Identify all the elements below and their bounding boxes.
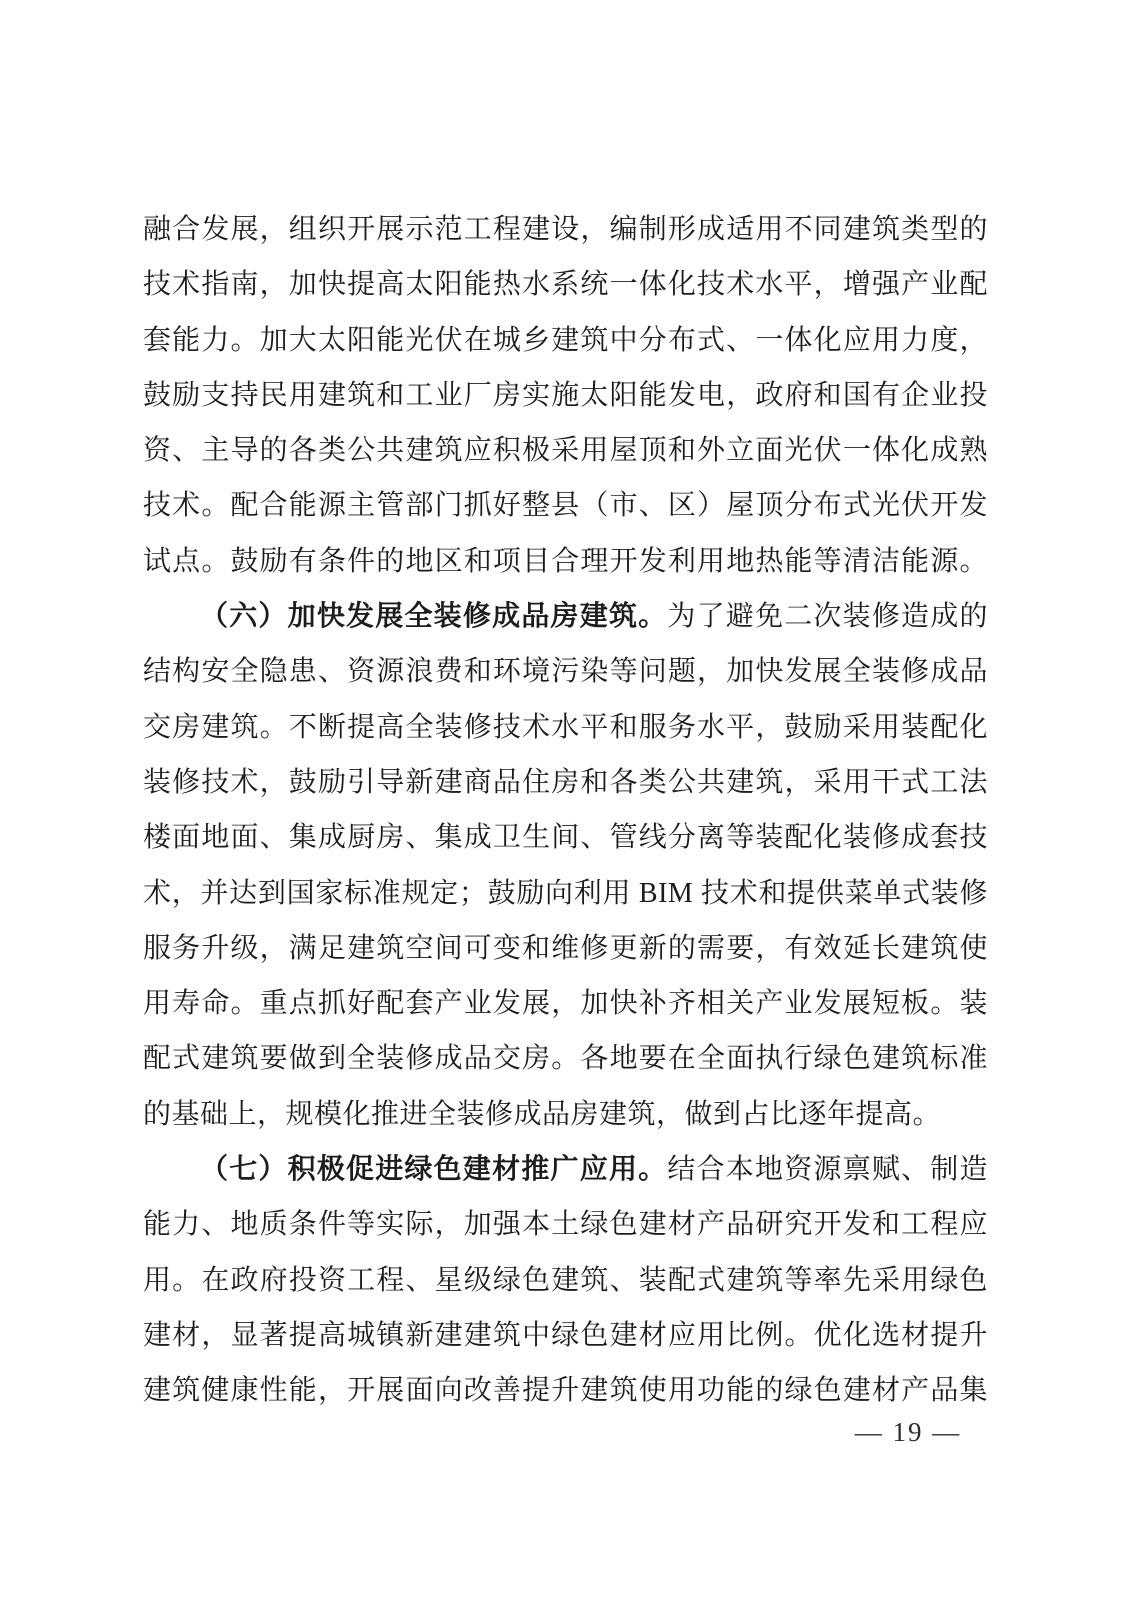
- body-text: 术，并达到国家标准规定；鼓励向利用 BIM 技术和提供菜单式装修: [143, 878, 988, 909]
- section-heading: （六）加快发展全装修成品房建筑。: [200, 601, 667, 632]
- body-line: 技术指南，加快提高太阳能热水系统一体化技术水平，增强产业配: [143, 257, 988, 312]
- body-text: 技术。配合能源主管部门抓好整县（市、区）屋顶分布式光伏开发: [143, 490, 988, 521]
- body-line: 建材，显著提高城镇新建建筑中绿色建材应用比例。优化选材提升: [143, 1308, 988, 1363]
- body-line: 技术。配合能源主管部门抓好整县（市、区）屋顶分布式光伏开发: [143, 478, 988, 533]
- section-heading: （七）积极促进绿色建材推广应用。: [200, 1154, 667, 1185]
- body-text: 能力、地质条件等实际，加强本土绿色建材产品研究开发和工程应: [143, 1209, 988, 1240]
- body-line: 用。在政府投资工程、星级绿色建筑、装配式建筑等率先采用绿色: [143, 1253, 988, 1308]
- body-line: 资、主导的各类公共建筑应积极采用屋顶和外立面光伏一体化成熟: [143, 423, 988, 478]
- body-line: 的基础上，规模化推进全装修成品房建筑，做到占比逐年提高。: [143, 1087, 988, 1142]
- body-text: 用寿命。重点抓好配套产业发展，加快补齐相关产业发展短板。装: [143, 988, 988, 1019]
- body-line: 配式建筑要做到全装修成品交房。各地要在全面执行绿色建筑标准: [143, 1031, 988, 1086]
- body-line: 交房建筑。不断提高全装修技术水平和服务水平，鼓励采用装配化: [143, 700, 988, 755]
- body-line: 试点。鼓励有条件的地区和项目合理开发利用地热能等清洁能源。: [143, 534, 988, 589]
- body-text: 鼓励支持民用建筑和工业厂房实施太阳能发电，政府和国有企业投: [143, 380, 988, 411]
- body-text: 楼面地面、集成厨房、集成卫生间、管线分离等装配化装修成套技: [143, 822, 988, 853]
- body-text: 融合发展，组织开展示范工程建设，编制形成适用不同建筑类型的: [143, 214, 988, 245]
- body-text: 配式建筑要做到全装修成品交房。各地要在全面执行绿色建筑标准: [143, 1043, 988, 1074]
- body-text: 服务升级，满足建筑空间可变和维修更新的需要，有效延长建筑使: [143, 933, 988, 964]
- body-line: 服务升级，满足建筑空间可变和维修更新的需要，有效延长建筑使: [143, 921, 988, 976]
- body-line: 结构安全隐患、资源浪费和环境污染等问题，加快发展全装修成品: [143, 644, 988, 699]
- body-text: 交房建筑。不断提高全装修技术水平和服务水平，鼓励采用装配化: [143, 712, 988, 743]
- body-line: 楼面地面、集成厨房、集成卫生间、管线分离等装配化装修成套技: [143, 810, 988, 865]
- body-line: 融合发展，组织开展示范工程建设，编制形成适用不同建筑类型的: [143, 202, 988, 257]
- body-line: 用寿命。重点抓好配套产业发展，加快补齐相关产业发展短板。装: [143, 976, 988, 1031]
- body-text: 结合本地资源禀赋、制造: [667, 1154, 988, 1185]
- body-line: （七）积极促进绿色建材推广应用。结合本地资源禀赋、制造: [143, 1142, 988, 1197]
- document-body: 融合发展，组织开展示范工程建设，编制形成适用不同建筑类型的技术指南，加快提高太阳…: [143, 202, 988, 1419]
- body-line: 能力、地质条件等实际，加强本土绿色建材产品研究开发和工程应: [143, 1197, 988, 1252]
- body-line: （六）加快发展全装修成品房建筑。为了避免二次装修造成的: [143, 589, 988, 644]
- body-text: 建筑健康性能，开展面向改善提升建筑使用功能的绿色建材产品集: [143, 1375, 988, 1406]
- body-text: 资、主导的各类公共建筑应积极采用屋顶和外立面光伏一体化成熟: [143, 435, 988, 466]
- body-line: 术，并达到国家标准规定；鼓励向利用 BIM 技术和提供菜单式装修: [143, 866, 988, 921]
- body-text: 为了避免二次装修造成的: [667, 601, 988, 632]
- body-text: 装修技术，鼓励引导新建商品住房和各类公共建筑，采用干式工法: [143, 767, 988, 798]
- body-line: 装修技术，鼓励引导新建商品住房和各类公共建筑，采用干式工法: [143, 755, 988, 810]
- body-text: 技术指南，加快提高太阳能热水系统一体化技术水平，增强产业配: [143, 269, 988, 300]
- body-line: 建筑健康性能，开展面向改善提升建筑使用功能的绿色建材产品集: [143, 1363, 988, 1418]
- body-text: 用。在政府投资工程、星级绿色建筑、装配式建筑等率先采用绿色: [143, 1265, 988, 1296]
- body-text: 试点。鼓励有条件的地区和项目合理开发利用地热能等清洁能源。: [143, 546, 988, 577]
- body-line: 鼓励支持民用建筑和工业厂房实施太阳能发电，政府和国有企业投: [143, 368, 988, 423]
- body-text: 建材，显著提高城镇新建建筑中绿色建材应用比例。优化选材提升: [143, 1320, 988, 1351]
- body-text: 结构安全隐患、资源浪费和环境污染等问题，加快发展全装修成品: [143, 656, 988, 687]
- body-text: 的基础上，规模化推进全装修成品房建筑，做到占比逐年提高。: [143, 1099, 941, 1130]
- body-line: 套能力。加大太阳能光伏在城乡建筑中分布式、一体化应用力度，: [143, 313, 988, 368]
- page: 融合发展，组织开展示范工程建设，编制形成适用不同建筑类型的技术指南，加快提高太阳…: [0, 0, 1131, 1600]
- body-text: 套能力。加大太阳能光伏在城乡建筑中分布式、一体化应用力度，: [143, 325, 988, 356]
- page-number: — 19 —: [838, 1412, 978, 1452]
